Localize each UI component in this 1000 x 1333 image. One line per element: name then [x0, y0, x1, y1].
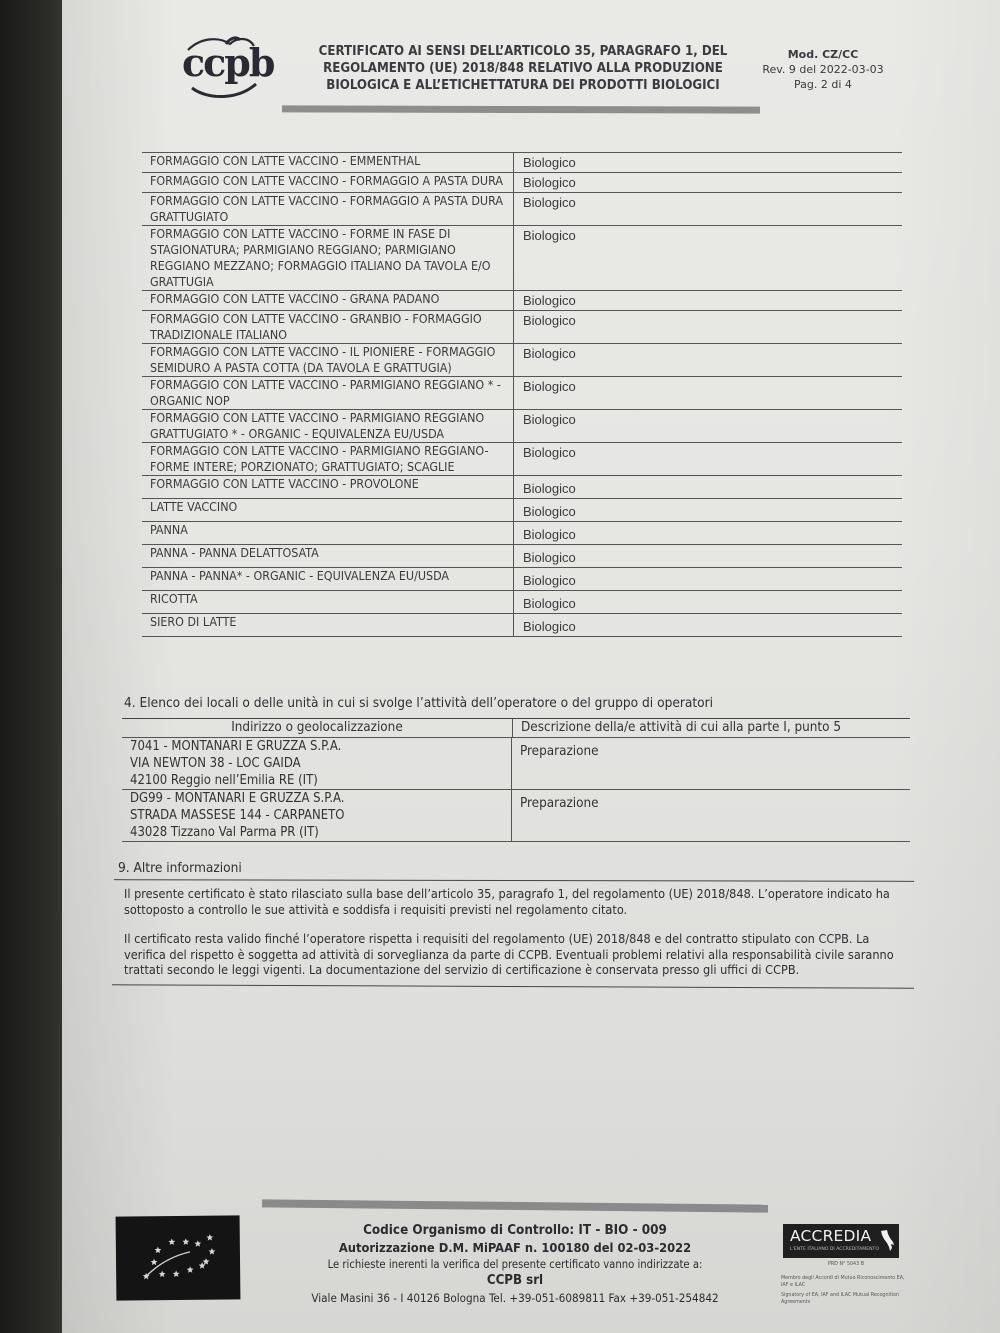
product-name: RICOTTA — [142, 591, 514, 613]
product-name: PANNA - PANNA DELATTOSATA — [142, 545, 514, 567]
column-header-activity: Descrizione della/e attività di cui alla… — [513, 719, 841, 737]
control-code: Codice Organismo di Controllo: IT - BIO … — [300, 1222, 730, 1240]
requests-note: Le richieste inerenti la verifica del pr… — [300, 1257, 730, 1272]
accreditation-note-en: Signatory of EA, IAF and ILAC Mutual Rec… — [781, 1293, 911, 1306]
table-row: FORMAGGIO CON LATTE VACCINO - IL PIONIER… — [142, 343, 902, 376]
product-name: FORMAGGIO CON LATTE VACCINO - IL PIONIER… — [142, 344, 514, 376]
table-row: FORMAGGIO CON LATTE VACCINO - PROVOLONEB… — [142, 475, 902, 498]
product-category: Biologico — [514, 499, 576, 521]
info-paragraph: Il certificato resta valido finché l’ope… — [124, 931, 914, 978]
accreditation-number: PRD N° 5043 B — [781, 1262, 911, 1268]
activity-cell: Preparazione — [512, 790, 599, 841]
locations-table-header: Indirizzo o geolocalizzazione Descrizion… — [122, 719, 910, 738]
section-9-title: 9. Altre informazioni — [118, 860, 242, 876]
table-row: FORMAGGIO CON LATTE VACCINO - PARMIGIANO… — [142, 409, 902, 442]
info-paragraph: Il presente certificato è stato rilascia… — [124, 886, 914, 917]
section-9-body: Il presente certificato è stato rilascia… — [124, 886, 914, 992]
product-category: Biologico — [514, 291, 576, 310]
product-name: PANNA - PANNA* - ORGANIC - EQUIVALENZA E… — [142, 568, 514, 590]
product-name: FORMAGGIO CON LATTE VACCINO - GRANBIO - … — [142, 311, 514, 343]
product-category: Biologico — [514, 476, 576, 498]
accreditation-note-it: Membro degli Accordi di Mutuo Riconoscim… — [781, 1276, 911, 1289]
table-row: FORMAGGIO CON LATTE VACCINO - FORMAGGIO … — [142, 172, 902, 192]
title-line: BIOLOGICA E ALL’ETICHETTATURA DEI PRODOT… — [288, 77, 758, 94]
column-header-address: Indirizzo o geolocalizzazione — [122, 719, 513, 737]
page-number: Pag. 2 di 4 — [762, 77, 884, 92]
address-line: 42100 Reggio nell’Emilia RE (IT) — [130, 772, 511, 789]
accredia-name: ACCREDIA — [790, 1227, 871, 1245]
eu-organic-leaf-icon — [116, 1215, 241, 1300]
product-category: Biologico — [514, 173, 576, 192]
accredia-subtitle: L'ENTE ITALIANO DI ACCREDITAMENTO — [790, 1247, 879, 1252]
address-line: 43028 Tizzano Val Parma PR (IT) — [130, 824, 511, 841]
module-code: Mod. CZ/CC — [762, 47, 884, 62]
header-divider — [282, 105, 760, 113]
product-category: Biologico — [514, 226, 576, 290]
product-category: Biologico — [514, 153, 576, 172]
product-name: FORMAGGIO CON LATTE VACCINO - PARMIGIANO… — [142, 443, 514, 475]
table-row: PANNA - PANNA* - ORGANIC - EQUIVALENZA E… — [142, 567, 902, 590]
italy-map-icon — [879, 1229, 895, 1253]
product-name: FORMAGGIO CON LATTE VACCINO - EMMENTHAL — [142, 153, 514, 172]
product-name: PANNA — [142, 522, 514, 544]
product-name: FORMAGGIO CON LATTE VACCINO - PROVOLONE — [142, 476, 514, 498]
product-name: FORMAGGIO CON LATTE VACCINO - PARMIGIANO… — [142, 377, 514, 409]
table-row: FORMAGGIO CON LATTE VACCINO - PARMIGIANO… — [142, 442, 902, 475]
footer-info: Codice Organismo di Controllo: IT - BIO … — [300, 1222, 730, 1306]
ccpb-logo: ccpb — [178, 32, 260, 104]
table-row: FORMAGGIO CON LATTE VACCINO - GRANA PADA… — [142, 290, 902, 310]
accredia-logo: ACCREDIA L'ENTE ITALIANO DI ACCREDITAMEN… — [783, 1224, 899, 1258]
product-category: Biologico — [514, 568, 576, 590]
product-category: Biologico — [514, 410, 576, 442]
locations-table: Indirizzo o geolocalizzazione Descrizion… — [122, 718, 910, 842]
company-name: CCPB srl — [300, 1272, 730, 1290]
table-row: RICOTTABiologico — [142, 590, 902, 613]
table-row: FORMAGGIO CON LATTE VACCINO - EMMENTHALB… — [142, 152, 902, 172]
title-line: CERTIFICATO AI SENSI DELL’ARTICOLO 35, P… — [288, 43, 758, 60]
authorization: Autorizzazione D.M. MiPAAF n. 100180 del… — [300, 1240, 730, 1257]
product-category: Biologico — [514, 193, 576, 225]
product-name: FORMAGGIO CON LATTE VACCINO - FORMAGGIO … — [142, 193, 514, 225]
address-line: VIA NEWTON 38 - LOC GAIDA — [130, 755, 511, 772]
table-row: DG99 - MONTANARI E GRUZZA S.P.A. STRADA … — [122, 790, 910, 842]
document-title: CERTIFICATO AI SENSI DELL’ARTICOLO 35, P… — [288, 43, 758, 94]
product-name: FORMAGGIO CON LATTE VACCINO - GRANA PADA… — [142, 291, 514, 310]
product-category: Biologico — [514, 311, 576, 343]
revision: Rev. 9 del 2022-03-03 — [762, 62, 884, 77]
desk-background — [0, 0, 70, 1333]
title-line: REGOLAMENTO (UE) 2018/848 RELATIVO ALLA … — [288, 60, 758, 77]
eu-organic-logo — [116, 1215, 241, 1300]
table-row: PANNA - PANNA DELATTOSATABiologico — [142, 544, 902, 567]
product-name: LATTE VACCINO — [142, 499, 514, 521]
table-row: FORMAGGIO CON LATTE VACCINO - GRANBIO - … — [142, 310, 902, 343]
logo-wordmark: ccpb — [182, 44, 273, 82]
activity-cell: Preparazione — [512, 738, 599, 789]
product-category: Biologico — [514, 522, 576, 544]
address-line: STRADA MASSESE 144 - CARPANETO — [130, 807, 511, 824]
table-row: FORMAGGIO CON LATTE VACCINO - FORME IN F… — [142, 225, 902, 290]
table-row: FORMAGGIO CON LATTE VACCINO - PARMIGIANO… — [142, 376, 902, 409]
products-table: FORMAGGIO CON LATTE VACCINO - EMMENTHALB… — [142, 152, 902, 637]
address-cell: 7041 - MONTANARI E GRUZZA S.P.A. VIA NEW… — [122, 738, 512, 789]
product-category: Biologico — [514, 545, 576, 567]
product-name: FORMAGGIO CON LATTE VACCINO - FORMAGGIO … — [142, 173, 514, 192]
product-name: FORMAGGIO CON LATTE VACCINO - PARMIGIANO… — [142, 410, 514, 442]
table-row: LATTE VACCINOBiologico — [142, 498, 902, 521]
product-category: Biologico — [514, 443, 576, 475]
address-line: DG99 - MONTANARI E GRUZZA S.P.A. — [130, 790, 511, 807]
table-row: PANNABiologico — [142, 521, 902, 544]
table-row: 7041 - MONTANARI E GRUZZA S.P.A. VIA NEW… — [122, 738, 910, 790]
address-cell: DG99 - MONTANARI E GRUZZA S.P.A. STRADA … — [122, 790, 512, 841]
table-row: SIERO DI LATTEBiologico — [142, 613, 902, 637]
product-category: Biologico — [514, 614, 576, 636]
product-category: Biologico — [514, 591, 576, 613]
product-name: FORMAGGIO CON LATTE VACCINO - FORME IN F… — [142, 226, 514, 290]
company-address: Viale Masini 36 - I 40126 Bologna Tel. +… — [300, 1290, 730, 1306]
address-line: 7041 - MONTANARI E GRUZZA S.P.A. — [130, 738, 511, 755]
product-category: Biologico — [514, 377, 576, 409]
product-category: Biologico — [514, 344, 576, 376]
document-reference: Mod. CZ/CC Rev. 9 del 2022-03-03 Pag. 2 … — [762, 47, 884, 92]
section-4-title: 4. Elenco dei locali o delle unità in cu… — [124, 695, 713, 711]
table-row: FORMAGGIO CON LATTE VACCINO - FORMAGGIO … — [142, 192, 902, 225]
accredia-details: PRD N° 5043 B Membro degli Accordi di Mu… — [781, 1262, 911, 1310]
product-name: SIERO DI LATTE — [142, 614, 514, 636]
